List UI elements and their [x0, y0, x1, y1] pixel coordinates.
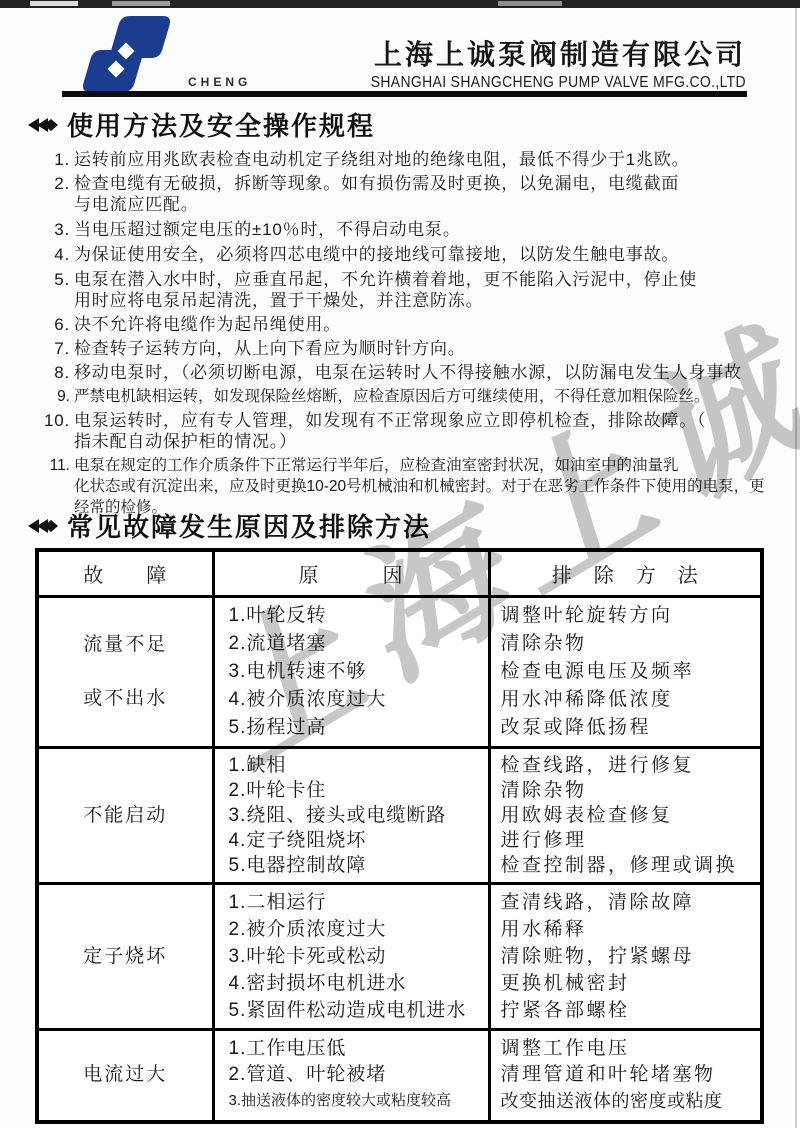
cause-line: 5.电器控制故障 [229, 853, 484, 878]
remedy-line: 清理管道和叶轮堵塞物 [501, 1062, 757, 1088]
list-item: 2.检查电缆有无破损，拆断等现象。如有损伤需及时更换，以免漏电，电缆截面 与电流… [40, 173, 780, 215]
remedy-line: 调整叶轮旋转方向 [501, 602, 757, 630]
scan-artifact-topbar [0, 0, 800, 8]
logo-wordmark: CHENG [188, 75, 251, 89]
item-text: 当电压超过额定电压的±10％时，不得启动电泵。 [74, 219, 780, 240]
fault-table-header-row: 故 障 原 因 排 除 方 法 [37, 550, 762, 596]
remedy-cell: 调整叶轮旋转方向 清除杂物 检查电源电压及频率 用水冲稀降低浓度 改泵或降低扬程 [489, 596, 762, 747]
item-number: 3. [40, 219, 70, 240]
list-item: 3.当电压超过额定电压的±10％时，不得启动电泵。 [40, 219, 780, 240]
cause-line: 1.工作电压低 [229, 1036, 484, 1062]
remedy-line: 更换机械密封 [501, 970, 757, 997]
section-title-usage-text: 使用方法及安全操作规程 [67, 106, 375, 143]
cause-cell: 1.二相运行 2.被介质浓度过大 3.叶轮卡死或松动 4.密封损坏电机进水 5.… [213, 883, 489, 1029]
cause-line: 2.被介质浓度过大 [229, 916, 484, 943]
item-number: 2. [40, 173, 70, 215]
remedy-line: 用欧姆表检查修复 [501, 803, 757, 828]
list-item: 6.决不允许将电缆作为起吊绳使用。 [40, 314, 780, 335]
remedy-line: 清除杂物 [501, 630, 757, 658]
remedy-line: 用水稀释 [501, 916, 757, 943]
cause-line: 3.抽送液体的密度较大或粘度较高 [229, 1088, 484, 1114]
table-row: 流量不足 或不出水 1.叶轮反转 2.流道堵塞 3.电机转速不够 4.被介质浓度… [37, 596, 762, 747]
cause-line: 1.叶轮反转 [229, 602, 484, 630]
cause-line: 5.紧固件松动造成电机进水 [229, 997, 484, 1024]
item-text: 严禁电机缺相运转，如发现保险丝熔断，应检查原因后方可继续使用，不得任意加粗保险丝… [74, 386, 780, 407]
list-item: 4.为保证使用安全，必须将四芯电缆中的接地线可靠接地，以防发生触电事故。 [40, 244, 780, 265]
fault-cell: 不能启动 [37, 747, 213, 883]
scan-artifact-right-edge [795, 8, 797, 1128]
arrows-diamond-bullet-icon [28, 518, 58, 534]
cause-line: 4.定子绕阻烧坏 [229, 828, 484, 853]
fault-cell: 定子烧坏 [37, 883, 213, 1029]
cause-line: 1.缺相 [229, 753, 484, 778]
cause-line: 2.流道堵塞 [229, 630, 484, 658]
item-text: 电泵运转时，应有专人管理，如发现有不正常现象应立即停机检查，排除故障。（ 指未配… [74, 410, 780, 452]
list-item: 8.移动电泵时，（必须切断电源，电泵在运转时人不得接触水源，以防漏电发生人身事故 [40, 362, 780, 383]
fault-line: 电流过大 [40, 1062, 211, 1088]
remedy-line: 调整工作电压 [501, 1036, 757, 1062]
safety-instructions-list: 1.运转前应用兆欧表检查电动机定子绕组对地的绝缘电阻，最低不得少于1兆欧。 2.… [40, 149, 780, 521]
company-name-block: 上海上诚泵阀制造有限公司 SHANGHAI SHANGCHENG PUMP VA… [329, 33, 746, 92]
item-text: 运转前应用兆欧表检查电动机定子绕组对地的绝缘电阻，最低不得少于1兆欧。 [74, 149, 780, 170]
item-number: 4. [40, 244, 70, 265]
cause-line: 3.电机转速不够 [229, 658, 484, 686]
list-item: 5.电泵在潜入水中时，应垂直吊起，不允许横着着地，更不能陷入污泥中，停止使 用时… [40, 269, 780, 311]
list-item: 10.电泵运转时，应有专人管理，如发现有不正常现象应立即停机检查，排除故障。（ … [40, 410, 780, 452]
col-header-fault: 故 障 [37, 550, 213, 596]
cause-cell: 1.工作电压低 2.管道、叶轮被堵 3.抽送液体的密度较大或粘度较高 [213, 1029, 489, 1122]
table-row: 定子烧坏 1.二相运行 2.被介质浓度过大 3.叶轮卡死或松动 4.密封损坏电机… [37, 883, 762, 1029]
remedy-line: 查清线路，清除故障 [501, 889, 757, 916]
item-text: 检查转子运转方向，从上向下看应为顺时针方向。 [74, 338, 780, 359]
remedy-line: 清除杂物 [501, 778, 757, 803]
remedy-cell: 调整工作电压 清理管道和叶轮堵塞物 改变抽送液体的密度或粘度 [489, 1029, 762, 1122]
list-item: 1.运转前应用兆欧表检查电动机定子绕组对地的绝缘电阻，最低不得少于1兆欧。 [40, 149, 780, 170]
fault-line: 或不出水 [40, 685, 211, 713]
remedy-line: 检查控制器，修理或调换 [501, 853, 757, 878]
remedy-line: 清除赃物，拧紧螺母 [501, 943, 757, 970]
item-number: 5. [40, 269, 70, 311]
company-name-cn: 上海上诚泵阀制造有限公司 [329, 33, 746, 73]
cause-line: 5.扬程过高 [229, 714, 484, 742]
scan-artifact-segment [498, 1, 562, 6]
item-text: 为保证使用安全，必须将四芯电缆中的接地线可靠接地，以防发生触电事故。 [74, 244, 780, 265]
remedy-line: 检查电源电压及频率 [501, 658, 757, 686]
remedy-line: 检查线路，进行修复 [501, 753, 757, 778]
item-text: 检查电缆有无破损，拆断等现象。如有损伤需及时更换，以免漏电，电缆截面 与电流应匹… [74, 173, 780, 215]
cause-cell: 1.缺相 2.叶轮卡住 3.绕阻、接头或电缆断路 4.定子绕阻烧坏 5.电器控制… [213, 747, 489, 883]
list-item: 7.检查转子运转方向，从上向下看应为顺时针方向。 [40, 338, 780, 359]
cause-cell: 1.叶轮反转 2.流道堵塞 3.电机转速不够 4.被介质浓度过大 5.扬程过高 [213, 596, 489, 747]
cause-line: 3.绕阻、接头或电缆断路 [229, 803, 484, 828]
section-title-faults-text: 常见故障发生原因及排除方法 [67, 507, 431, 544]
remedy-line: 改泵或降低扬程 [501, 714, 757, 742]
table-row: 不能启动 1.缺相 2.叶轮卡住 3.绕阻、接头或电缆断路 4.定子绕阻烧坏 5… [37, 747, 762, 883]
fault-line: 定子烧坏 [40, 943, 211, 970]
header-divider-rule [62, 91, 747, 97]
cause-line: 4.密封损坏电机进水 [229, 970, 484, 997]
item-text: 电泵在潜入水中时，应垂直吊起，不允许横着着地，更不能陷入污泥中，停止使 用时应将… [74, 269, 780, 311]
cause-line: 3.叶轮卡死或松动 [229, 943, 484, 970]
item-text: 决不允许将电缆作为起吊绳使用。 [74, 314, 780, 335]
arrows-diamond-bullet-icon [28, 117, 58, 133]
fault-line: 流量不足 [40, 631, 211, 659]
item-number: 1. [40, 149, 70, 170]
fault-line: 不能启动 [40, 803, 211, 828]
fault-table: 故 障 原 因 排 除 方 法 流量不足 或不出水 1.叶轮反转 2.流道堵塞 … [35, 548, 764, 1124]
item-number: 10. [40, 410, 70, 452]
item-number: 7. [40, 338, 70, 359]
company-name-en: SHANGHAI SHANGCHENG PUMP VALVE MFG.CO.,L… [371, 74, 746, 92]
fault-cell: 电流过大 [37, 1029, 213, 1122]
item-number: 9. [40, 386, 70, 407]
cause-line: 4.被介质浓度过大 [229, 686, 484, 714]
company-logo: CHENG [70, 13, 210, 91]
item-text: 移动电泵时，（必须切断电源，电泵在运转时人不得接触水源，以防漏电发生人身事故 [74, 362, 780, 383]
remedy-line: 改变抽送液体的密度或粘度 [501, 1088, 757, 1114]
item-number: 8. [40, 362, 70, 383]
item-number: 6. [40, 314, 70, 335]
section-title-usage: 使用方法及安全操作规程 [28, 106, 375, 143]
section-title-faults: 常见故障发生原因及排除方法 [28, 507, 431, 544]
remedy-cell: 检查线路，进行修复 清除杂物 用欧姆表检查修复 进行修理 检查控制器，修理或调换 [489, 747, 762, 883]
fault-cell: 流量不足 或不出水 [37, 596, 213, 747]
col-header-cause: 原 因 [213, 550, 489, 596]
list-item: 9.严禁电机缺相运转，如发现保险丝熔断，应检查原因后方可继续使用，不得任意加粗保… [40, 386, 780, 407]
remedy-line: 拧紧各部螺栓 [501, 997, 757, 1024]
remedy-line: 用水冲稀降低浓度 [501, 686, 757, 714]
col-header-remedy: 排 除 方 法 [489, 550, 762, 596]
scan-artifact-segment [30, 1, 78, 6]
remedy-line: 进行修理 [501, 828, 757, 853]
cause-line: 1.二相运行 [229, 889, 484, 916]
table-row: 电流过大 1.工作电压低 2.管道、叶轮被堵 3.抽送液体的密度较大或粘度较高 … [37, 1029, 762, 1122]
remedy-cell: 查清线路，清除故障 用水稀释 清除赃物，拧紧螺母 更换机械密封 拧紧各部螺栓 [489, 883, 762, 1029]
cause-line: 2.叶轮卡住 [229, 778, 484, 803]
scan-artifact-segment [112, 1, 170, 6]
cause-line: 2.管道、叶轮被堵 [229, 1062, 484, 1088]
